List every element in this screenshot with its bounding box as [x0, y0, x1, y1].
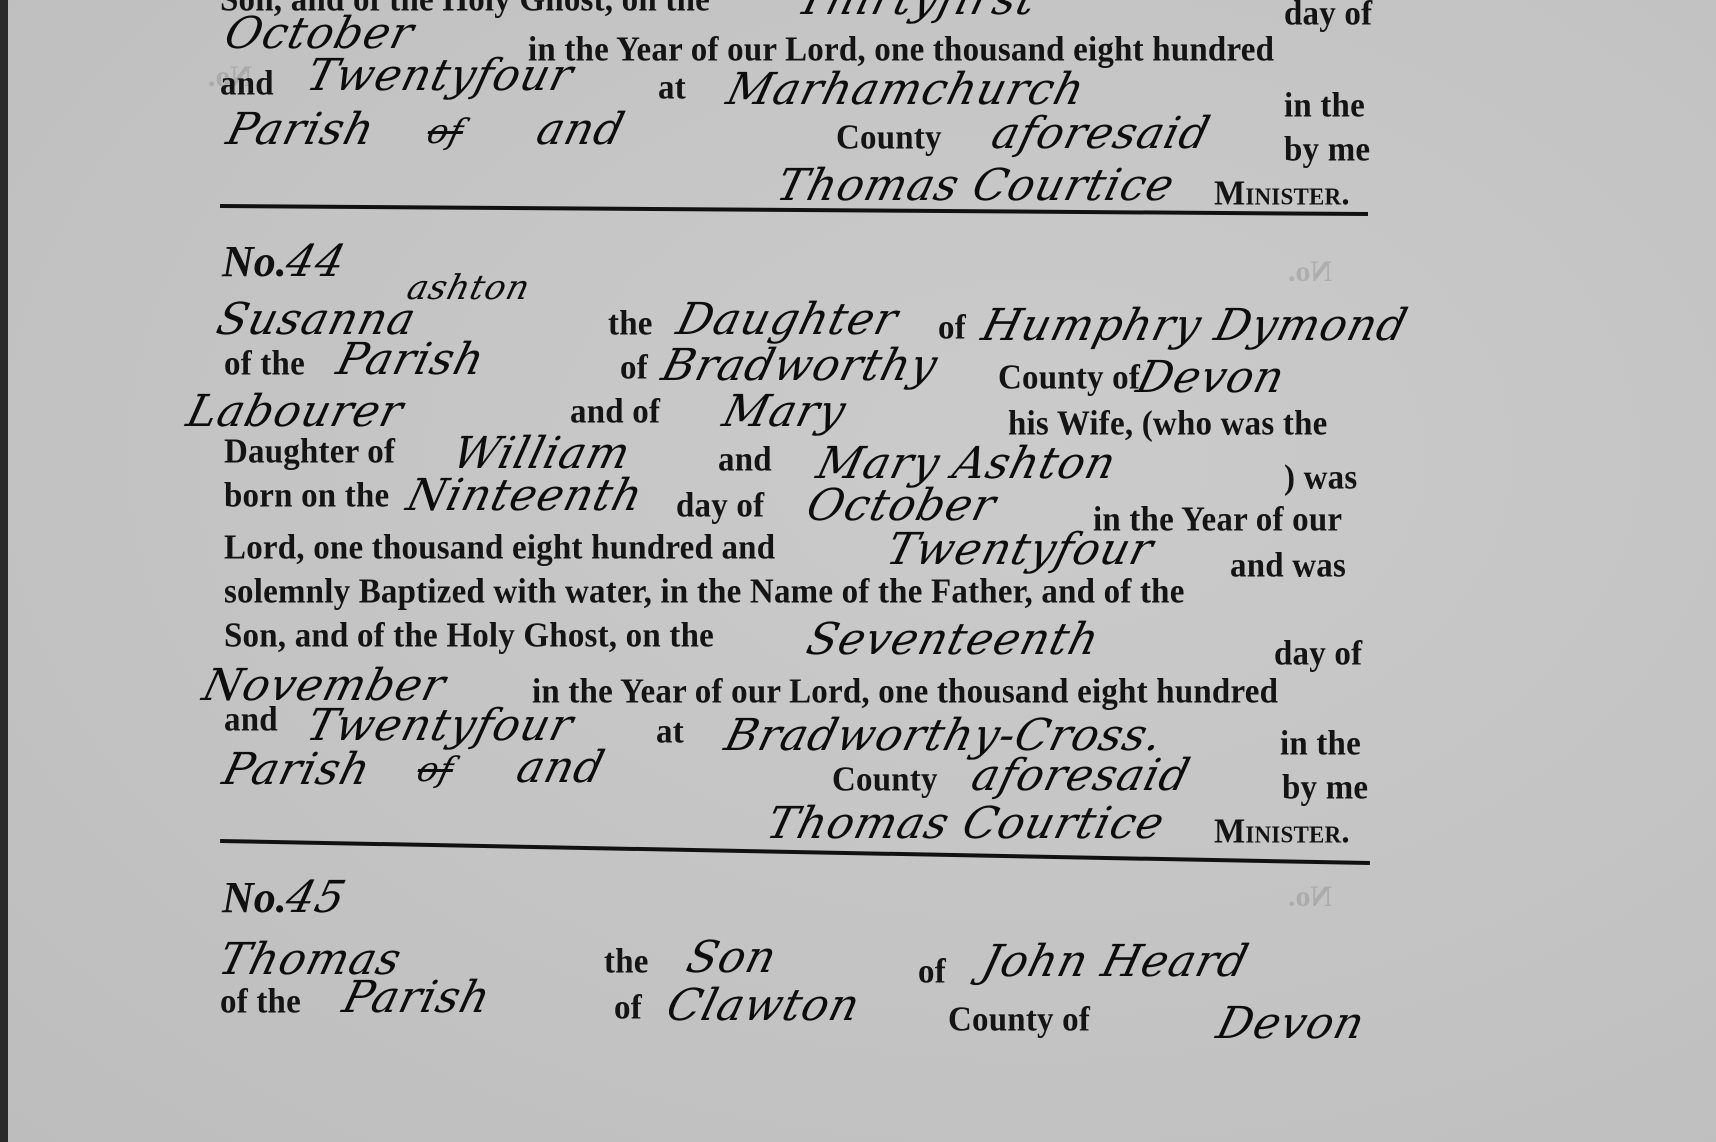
register-page: No. No. No. Son, and of the Holy Ghost, …	[8, 0, 1716, 1142]
printed-text: day of	[676, 487, 764, 526]
printed-text: of	[918, 953, 946, 992]
handwritten-struck-of: of	[413, 750, 458, 790]
father-name: John Heard	[977, 936, 1254, 987]
printed-minister: Minister.	[1214, 813, 1350, 852]
printed-text: of	[620, 349, 648, 388]
page-binding-edge	[0, 0, 8, 1142]
bleed-through-text: No.	[1288, 255, 1332, 289]
county-aforesaid: aforesaid	[967, 750, 1196, 801]
printed-text: Lord, one thousand eight hundred and	[224, 529, 775, 568]
mother-name: Mary	[718, 386, 852, 437]
entry-number-value: 45	[280, 872, 351, 923]
printed-text: at	[658, 69, 686, 108]
printed-text: in the Year of our Lord, one thousand ei…	[532, 673, 1278, 712]
printed-text: County of	[998, 359, 1140, 398]
handwritten-day: Thirtyfirst	[792, 0, 1043, 25]
entry-number-label: No.	[222, 237, 287, 286]
entry-number: No.44	[222, 236, 345, 287]
printed-text: day of	[1284, 0, 1372, 34]
child-relation: Daughter	[672, 294, 904, 345]
handwritten-county: aforesaid	[987, 108, 1216, 159]
printed-text: of	[614, 989, 642, 1028]
entry-number: No.45	[222, 872, 345, 923]
printed-text: County	[832, 761, 938, 800]
father-name: Humphry Dymond	[977, 300, 1413, 351]
printed-text: solemnly Baptized with water, in the Nam…	[224, 573, 1185, 612]
printed-minister: Minister.	[1214, 175, 1350, 214]
printed-text: in the	[1284, 87, 1365, 126]
entry-number-value: 44	[280, 236, 351, 287]
bleed-through-text: No.	[1288, 880, 1332, 914]
handwritten-parish: Parish	[332, 334, 491, 385]
printed-text: and	[220, 65, 274, 104]
baptism-day: Seventeenth	[802, 614, 1105, 665]
printed-text: born on the	[224, 477, 389, 516]
handwritten-struck-of: of	[423, 112, 468, 152]
printed-text: day of	[1274, 635, 1362, 674]
printed-text: ) was	[1284, 459, 1357, 498]
minister-signature: Thomas Courtice	[772, 160, 1180, 211]
birth-year: Twentyfour	[882, 524, 1159, 575]
handwritten-and: and	[512, 742, 610, 793]
minister-signature: Thomas Courtice	[762, 798, 1170, 849]
parish-place: Bradworthy	[657, 340, 944, 391]
entry-number-label: No.	[222, 873, 287, 922]
printed-text: the	[604, 943, 649, 982]
printed-text: by me	[1284, 131, 1370, 170]
father-occupation: Labourer	[182, 386, 409, 437]
printed-text: Son, and of the Holy Ghost, on the	[224, 617, 714, 656]
printed-text: at	[656, 713, 684, 752]
printed-text: of the	[224, 345, 305, 384]
child-relation: Son	[682, 932, 783, 983]
handwritten-and: and	[532, 104, 630, 155]
printed-text: County of	[948, 1001, 1090, 1040]
printed-text: and	[224, 701, 278, 740]
printed-text: and of	[570, 393, 660, 432]
handwritten-year: Twentyfour	[302, 50, 579, 101]
county-name: Devon	[1132, 352, 1291, 403]
printed-text: the	[608, 305, 653, 344]
printed-text: County	[836, 119, 942, 158]
handwritten-parish: Parish	[218, 744, 377, 795]
printed-text: in the	[1280, 725, 1361, 764]
birth-day: Ninteenth	[402, 470, 649, 521]
handwritten-parish: Parish	[338, 972, 497, 1023]
county-name: Devon	[1212, 998, 1371, 1049]
handwritten-surname-insert: ashton	[403, 268, 535, 308]
printed-text: and was	[1230, 547, 1346, 586]
parish-place: Clawton	[662, 980, 866, 1031]
printed-text: by me	[1282, 769, 1368, 808]
printed-text: and	[718, 441, 772, 480]
printed-text: Daughter of	[224, 433, 395, 472]
printed-text: of the	[220, 983, 301, 1022]
handwritten-parish: Parish	[222, 104, 381, 155]
